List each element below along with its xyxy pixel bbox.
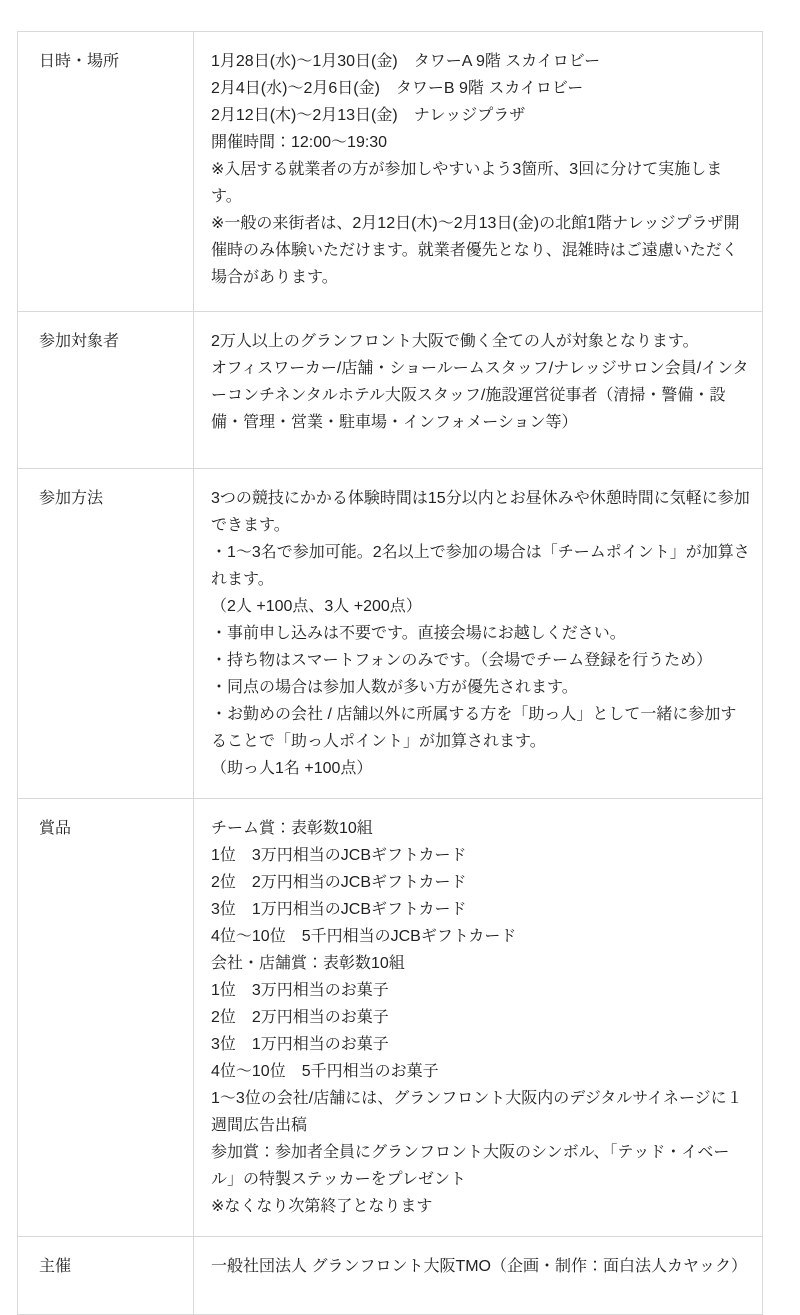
row-content-how-to-join: 3つの競技にかかる体験時間は15分以内とお昼休みや休憩時間に気軽に参加できます。… bbox=[194, 469, 762, 798]
content-line: 1～3位の会社/店舗には、グランフロント大阪内のデジタルサイネージに１週間広告出… bbox=[211, 1085, 750, 1139]
content-line: 4位～10位 5千円相当のお菓子 bbox=[211, 1058, 750, 1085]
event-info-table: 日時・場所 1月28日(水)～1月30日(金) タワーA 9階 スカイロビー2月… bbox=[17, 31, 763, 1315]
content-line: ・同点の場合は参加人数が多い方が優先されます。 bbox=[211, 674, 750, 701]
table-row: 主催 一般社団法人 グランフロント大阪TMO（企画・制作：面白法人カヤック） bbox=[18, 1236, 762, 1314]
content-line: 2月4日(水)～2月6日(金) タワーB 9階 スカイロビー bbox=[211, 75, 750, 102]
content-line: ・お勤めの会社 / 店舗以外に所属する方を「助っ人」として一緒に参加することで「… bbox=[211, 701, 750, 755]
row-content-organizer: 一般社団法人 グランフロント大阪TMO（企画・制作：面白法人カヤック） bbox=[194, 1237, 762, 1314]
content-line: 1位 3万円相当のお菓子 bbox=[211, 977, 750, 1004]
row-label-prizes: 賞品 bbox=[18, 799, 194, 1236]
content-line: ・事前申し込みは不要です。直接会場にお越しください。 bbox=[211, 620, 750, 647]
content-line: 1月28日(水)～1月30日(金) タワーA 9階 スカイロビー bbox=[211, 48, 750, 75]
row-content-prizes: チーム賞：表彰数10組1位 3万円相当のJCBギフトカード2位 2万円相当のJC… bbox=[194, 799, 762, 1236]
content-line: ・1～3名で参加可能。2名以上で参加の場合は「チームポイント」が加算されます。 bbox=[211, 539, 750, 593]
row-label-eligible-participants: 参加対象者 bbox=[18, 312, 194, 468]
content-line: 3つの競技にかかる体験時間は15分以内とお昼休みや休憩時間に気軽に参加できます。 bbox=[211, 485, 750, 539]
content-line: 2位 2万円相当のお菓子 bbox=[211, 1004, 750, 1031]
content-line: オフィスワーカー/店舗・ショールームスタッフ/ナレッジサロン会員/インターコンチ… bbox=[211, 355, 750, 436]
content-line: （助っ人1名 +100点） bbox=[211, 755, 750, 782]
content-line: 一般社団法人 グランフロント大阪TMO（企画・制作：面白法人カヤック） bbox=[211, 1253, 750, 1280]
content-line: 2月12日(木)～2月13日(金) ナレッジプラザ bbox=[211, 102, 750, 129]
content-line: 1位 3万円相当のJCBギフトカード bbox=[211, 842, 750, 869]
row-label-organizer: 主催 bbox=[18, 1237, 194, 1314]
content-line: ※一般の来街者は、2月12日(木)～2月13日(金)の北館1階ナレッジプラザ開催… bbox=[211, 210, 750, 291]
row-label-datetime-place: 日時・場所 bbox=[18, 32, 194, 311]
content-line: チーム賞：表彰数10組 bbox=[211, 815, 750, 842]
content-line: ※なくなり次第終了となります bbox=[211, 1193, 750, 1220]
row-content-datetime-place: 1月28日(水)～1月30日(金) タワーA 9階 スカイロビー2月4日(水)～… bbox=[194, 32, 762, 311]
table-row: 参加対象者 2万人以上のグランフロント大阪で働く全ての人が対象となります。オフィ… bbox=[18, 311, 762, 468]
row-content-eligible-participants: 2万人以上のグランフロント大阪で働く全ての人が対象となります。オフィスワーカー/… bbox=[194, 312, 762, 468]
content-line: 会社・店舗賞：表彰数10組 bbox=[211, 950, 750, 977]
content-line: 開催時間：12:00～19:30 bbox=[211, 129, 750, 156]
table-row: 参加方法 3つの競技にかかる体験時間は15分以内とお昼休みや休憩時間に気軽に参加… bbox=[18, 468, 762, 798]
content-line: （2人 +100点、3人 +200点） bbox=[211, 593, 750, 620]
content-line: 参加賞：参加者全員にグランフロント大阪のシンボル、「テッド・イベール」の特製ステ… bbox=[211, 1139, 750, 1193]
content-line: 2万人以上のグランフロント大阪で働く全ての人が対象となります。 bbox=[211, 328, 750, 355]
content-line: 2位 2万円相当のJCBギフトカード bbox=[211, 869, 750, 896]
content-line: ※入居する就業者の方が参加しやすいよう3箇所、3回に分けて実施します。 bbox=[211, 156, 750, 210]
content-line: 3位 1万円相当のJCBギフトカード bbox=[211, 896, 750, 923]
content-line: 3位 1万円相当のお菓子 bbox=[211, 1031, 750, 1058]
content-line: ・持ち物はスマートフォンのみです。（会場でチーム登録を行うため） bbox=[211, 647, 750, 674]
table-row: 賞品 チーム賞：表彰数10組1位 3万円相当のJCBギフトカード2位 2万円相当… bbox=[18, 798, 762, 1236]
content-line: 4位～10位 5千円相当のJCBギフトカード bbox=[211, 923, 750, 950]
table-row: 日時・場所 1月28日(水)～1月30日(金) タワーA 9階 スカイロビー2月… bbox=[18, 32, 762, 311]
row-label-how-to-join: 参加方法 bbox=[18, 469, 194, 798]
